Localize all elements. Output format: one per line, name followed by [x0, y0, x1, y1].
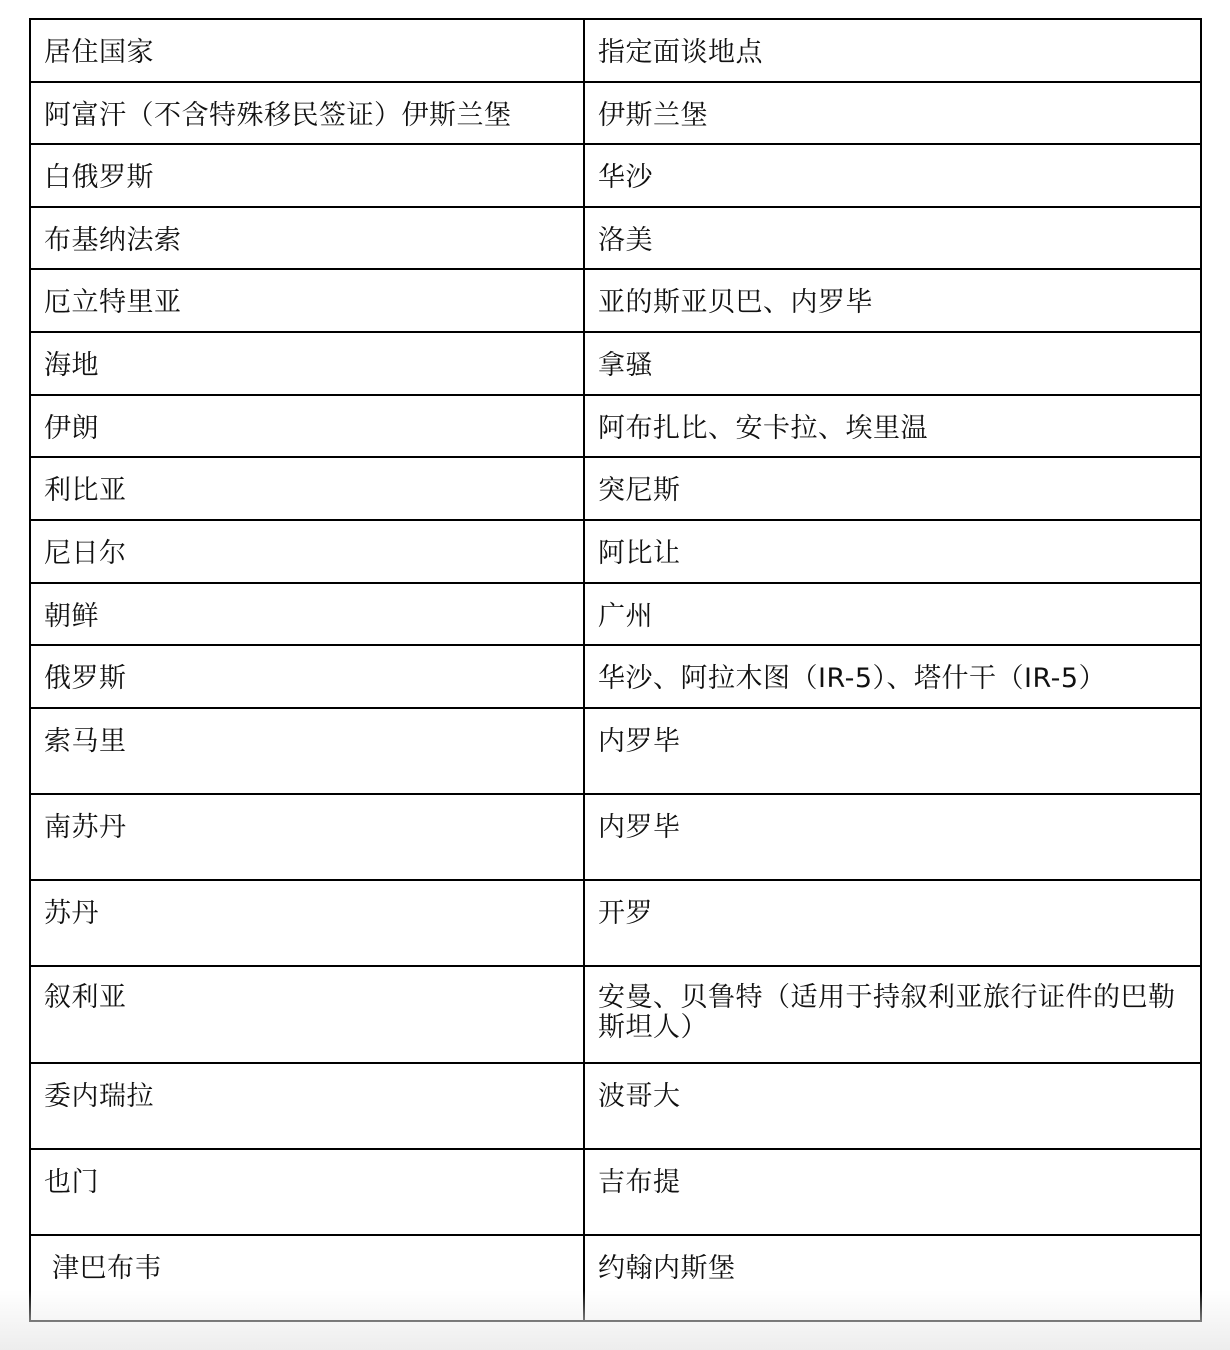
- interview-location: 广州: [598, 584, 1188, 633]
- location-cell: 洛美: [584, 207, 1201, 269]
- country-cell: 海地: [30, 332, 584, 395]
- table-row: 海地 拿骚: [30, 332, 1201, 395]
- interview-location: 亚的斯亚贝巴、内罗毕: [598, 270, 1188, 319]
- country-cell: 厄立特里亚: [30, 269, 584, 332]
- country-name: 苏丹: [44, 881, 571, 930]
- location-cell: 广州: [584, 583, 1201, 645]
- location-cell: 突尼斯: [584, 457, 1201, 520]
- location-cell: 阿比让: [584, 520, 1201, 583]
- interview-location: 洛美: [598, 208, 1188, 257]
- country-name: 海地: [44, 333, 571, 382]
- header-country-label: 居住国家: [44, 20, 571, 69]
- country-cell: 布基纳法索: [30, 207, 584, 269]
- location-cell: 安曼、贝鲁特（适用于持叙利亚旅行证件的巴勒斯坦人）: [584, 966, 1201, 1063]
- country-cell: 尼日尔: [30, 520, 584, 583]
- country-cell: 朝鲜: [30, 583, 584, 645]
- table-row: 利比亚 突尼斯: [30, 457, 1201, 520]
- header-cell-location: 指定面谈地点: [584, 19, 1201, 82]
- country-name: 白俄罗斯: [44, 145, 571, 194]
- interview-location: 拿骚: [598, 333, 1188, 382]
- table-row: 叙利亚 安曼、贝鲁特（适用于持叙利亚旅行证件的巴勒斯坦人）: [30, 966, 1201, 1063]
- table-row: 俄罗斯 华沙、阿拉木图（IR-5）、塔什干（IR-5）: [30, 645, 1201, 708]
- country-name: 伊朗: [44, 396, 571, 445]
- interview-location-table: 居住国家 指定面谈地点 阿富汗（不含特殊移民签证）伊斯兰堡 伊斯兰堡 白俄罗斯 …: [29, 18, 1202, 1322]
- country-cell: 也门: [30, 1149, 584, 1235]
- interview-location: 内罗毕: [598, 709, 1188, 758]
- location-cell: 华沙: [584, 144, 1201, 207]
- country-cell: 委内瑞拉: [30, 1063, 584, 1149]
- interview-location: 华沙、阿拉木图（IR-5）、塔什干（IR-5）: [598, 646, 1188, 695]
- interview-location: 突尼斯: [598, 458, 1188, 507]
- location-cell: 拿骚: [584, 332, 1201, 395]
- country-cell: 南苏丹: [30, 794, 584, 880]
- table-row: 白俄罗斯 华沙: [30, 144, 1201, 207]
- country-cell: 叙利亚: [30, 966, 584, 1063]
- country-name: 也门: [44, 1150, 571, 1199]
- location-cell: 约翰内斯堡: [584, 1235, 1201, 1321]
- interview-location: 吉布提: [598, 1150, 1188, 1199]
- interview-location: 波哥大: [598, 1064, 1188, 1113]
- country-name: 利比亚: [44, 458, 571, 507]
- location-cell: 亚的斯亚贝巴、内罗毕: [584, 269, 1201, 332]
- country-name: 朝鲜: [44, 584, 571, 633]
- country-name: 厄立特里亚: [44, 270, 571, 319]
- country-cell: 苏丹: [30, 880, 584, 966]
- location-cell: 吉布提: [584, 1149, 1201, 1235]
- table-row: 索马里 内罗毕: [30, 708, 1201, 794]
- country-name: 索马里: [44, 709, 571, 758]
- location-cell: 波哥大: [584, 1063, 1201, 1149]
- table-row: 南苏丹 内罗毕: [30, 794, 1201, 880]
- table-row: 苏丹 开罗: [30, 880, 1201, 966]
- interview-location: 阿布扎比、安卡拉、埃里温: [598, 396, 1188, 445]
- interview-location: 安曼、贝鲁特（适用于持叙利亚旅行证件的巴勒斯坦人）: [598, 967, 1188, 1043]
- country-cell: 白俄罗斯: [30, 144, 584, 207]
- country-name: 叙利亚: [44, 967, 571, 1013]
- interview-location: 阿比让: [598, 521, 1188, 570]
- table-row: 委内瑞拉 波哥大: [30, 1063, 1201, 1149]
- country-cell: 阿富汗（不含特殊移民签证）伊斯兰堡: [30, 82, 584, 144]
- table-row: 朝鲜 广州: [30, 583, 1201, 645]
- country-cell: 俄罗斯: [30, 645, 584, 708]
- table-row: 尼日尔 阿比让: [30, 520, 1201, 583]
- interview-location: 华沙: [598, 145, 1188, 194]
- location-cell: 内罗毕: [584, 794, 1201, 880]
- interview-location: 开罗: [598, 881, 1188, 930]
- location-cell: 内罗毕: [584, 708, 1201, 794]
- country-cell: 索马里: [30, 708, 584, 794]
- interview-location: 内罗毕: [598, 795, 1188, 844]
- header-location-label: 指定面谈地点: [598, 20, 1188, 69]
- table-row: 布基纳法索 洛美: [30, 207, 1201, 269]
- location-cell: 阿布扎比、安卡拉、埃里温: [584, 395, 1201, 457]
- country-name: 俄罗斯: [44, 646, 571, 695]
- table-row: 津巴布韦 约翰内斯堡: [30, 1235, 1201, 1321]
- country-name: 尼日尔: [44, 521, 571, 570]
- country-name: 委内瑞拉: [44, 1064, 571, 1113]
- country-cell: 津巴布韦: [30, 1235, 584, 1321]
- location-cell: 华沙、阿拉木图（IR-5）、塔什干（IR-5）: [584, 645, 1201, 708]
- country-name: 南苏丹: [44, 795, 571, 844]
- interview-location: 伊斯兰堡: [598, 83, 1188, 132]
- table-row: 厄立特里亚 亚的斯亚贝巴、内罗毕: [30, 269, 1201, 332]
- country-name: 阿富汗（不含特殊移民签证）伊斯兰堡: [44, 83, 571, 132]
- country-name: 津巴布韦: [44, 1236, 571, 1285]
- location-cell: 开罗: [584, 880, 1201, 966]
- table-row: 阿富汗（不含特殊移民签证）伊斯兰堡 伊斯兰堡: [30, 82, 1201, 144]
- header-cell-country: 居住国家: [30, 19, 584, 82]
- location-cell: 伊斯兰堡: [584, 82, 1201, 144]
- country-name: 布基纳法索: [44, 208, 571, 257]
- table-row: 伊朗 阿布扎比、安卡拉、埃里温: [30, 395, 1201, 457]
- table-header-row: 居住国家 指定面谈地点: [30, 19, 1201, 82]
- interview-location: 约翰内斯堡: [598, 1236, 1188, 1285]
- country-cell: 伊朗: [30, 395, 584, 457]
- country-cell: 利比亚: [30, 457, 584, 520]
- table-row: 也门 吉布提: [30, 1149, 1201, 1235]
